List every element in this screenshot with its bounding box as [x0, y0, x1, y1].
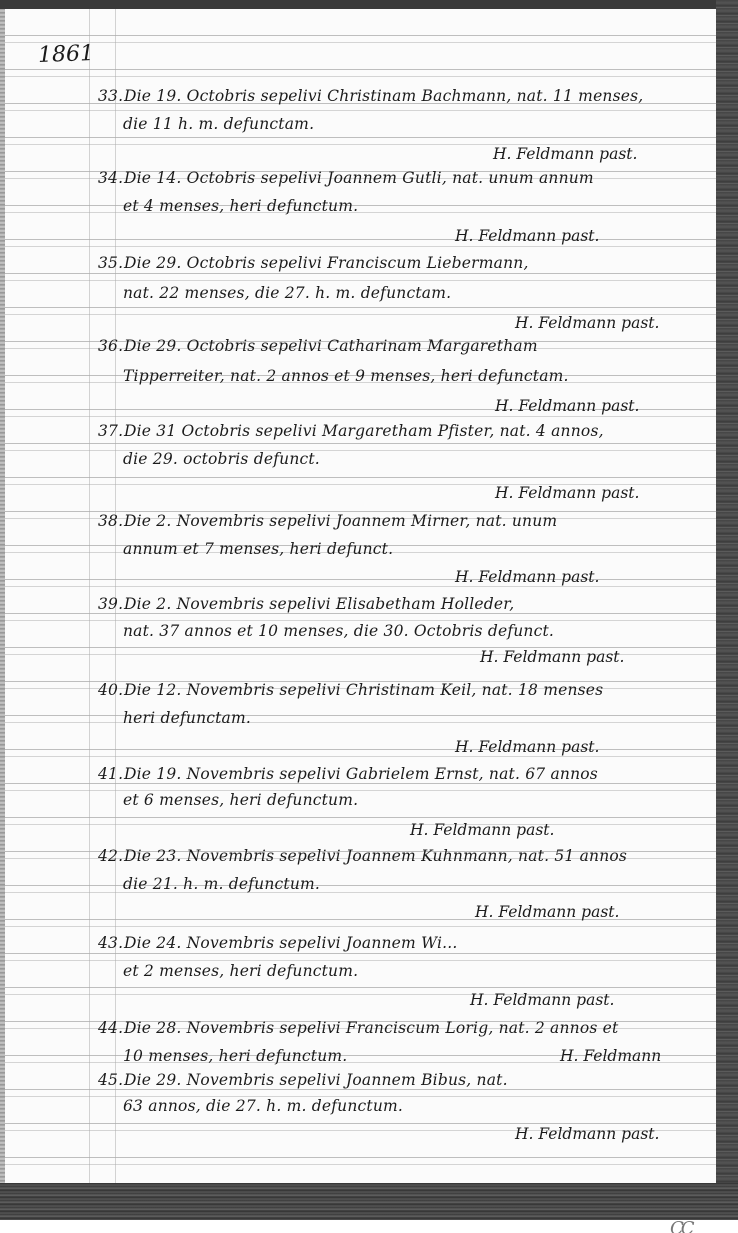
pastor-signature: H. Feldmann past.	[480, 648, 624, 666]
entry-text-continued: 10 menses, heri defunctum.	[123, 1047, 347, 1065]
entry-text-continued: et 4 menses, heri defunctum.	[123, 197, 358, 215]
entry-text-continued: Tipperreiter, nat. 2 annos et 9 menses, …	[123, 367, 569, 385]
entry-text-continued: heri defunctam.	[123, 709, 251, 727]
pastor-signature: H. Feldmann past.	[475, 903, 619, 921]
entry-text: Die 29. Novembris sepelivi Joannem Bibus…	[124, 1071, 508, 1089]
pastor-signature: H. Feldmann past.	[410, 821, 554, 839]
entry-text: Die 19. Octobris sepelivi Christinam Bac…	[124, 87, 643, 105]
entry-number: 41.	[98, 765, 124, 783]
entry-text-continued: nat. 22 menses, die 27. h. m. defunctam.	[123, 284, 451, 302]
corner-mark: ÇÇ	[670, 1218, 692, 1233]
pastor-signature: H. Feldmann past.	[495, 397, 639, 415]
entry-text: Die 24. Novembris sepelivi Joannem Wi...	[124, 934, 457, 952]
entry-number: 39.	[98, 595, 124, 613]
entry-text-continued: annum et 7 menses, heri defunct.	[123, 540, 393, 558]
entry-text: Die 12. Novembris sepelivi Christinam Ke…	[124, 681, 603, 699]
entry-text: Die 29. Octobris sepelivi Franciscum Lie…	[124, 254, 529, 272]
entry-number: 33.	[98, 87, 124, 105]
entry-number: 34.	[98, 169, 124, 187]
entry-text-continued: nat. 37 annos et 10 menses, die 30. Octo…	[123, 622, 554, 640]
entry-text-continued: die 11 h. m. defunctam.	[123, 115, 314, 133]
margin-line	[89, 9, 90, 1183]
entry-text: Die 2. Novembris sepelivi Joannem Mirner…	[124, 512, 557, 530]
entry-number: 36.	[98, 337, 124, 355]
register-page: 1861 33.Die 19. Octobris sepelivi Christ…	[5, 9, 716, 1183]
entry-text: Die 23. Novembris sepelivi Joannem Kuhnm…	[124, 847, 627, 865]
entry-number: 40.	[98, 681, 124, 699]
year-heading: 1861	[38, 41, 95, 68]
entry-number: 38.	[98, 512, 124, 530]
entry-number: 43.	[98, 934, 124, 952]
entry-text-continued: die 21. h. m. defunctum.	[123, 875, 320, 893]
entry-text-continued: 63 annos, die 27. h. m. defunctum.	[123, 1097, 403, 1115]
scan-top-edge	[0, 0, 738, 9]
pastor-signature: H. Feldmann past.	[515, 314, 659, 332]
entry-text-continued: et 6 menses, heri defunctum.	[123, 791, 358, 809]
scan-bottom-band	[0, 1183, 738, 1220]
pastor-signature: H. Feldmann past.	[455, 738, 599, 756]
pastor-signature: H. Feldmann	[560, 1047, 661, 1065]
pastor-signature: H. Feldmann past.	[455, 227, 599, 245]
entry-number: 35.	[98, 254, 124, 272]
entry-text: Die 28. Novembris sepelivi Franciscum Lo…	[124, 1019, 618, 1037]
pastor-signature: H. Feldmann past.	[515, 1125, 659, 1143]
scan-right-edge	[716, 0, 738, 1185]
pastor-signature: H. Feldmann past.	[470, 991, 614, 1009]
entry-text: Die 2. Novembris sepelivi Elisabetham Ho…	[124, 595, 514, 613]
entry-text: Die 14. Octobris sepelivi Joannem Gutli,…	[124, 169, 594, 187]
entry-text-continued: et 2 menses, heri defunctum.	[123, 962, 358, 980]
entry-number: 37.	[98, 422, 124, 440]
entry-text-continued: die 29. octobris defunct.	[123, 450, 320, 468]
entry-text: Die 31 Octobris sepelivi Margaretham Pfi…	[124, 422, 604, 440]
pastor-signature: H. Feldmann past.	[495, 484, 639, 502]
entry-text: Die 29. Octobris sepelivi Catharinam Mar…	[124, 337, 538, 355]
pastor-signature: H. Feldmann past.	[455, 568, 599, 586]
entry-number: 44.	[98, 1019, 124, 1037]
pastor-signature: H. Feldmann past.	[493, 145, 637, 163]
entry-text: Die 19. Novembris sepelivi Gabrielem Ern…	[124, 765, 598, 783]
entry-number: 42.	[98, 847, 124, 865]
entry-number: 45.	[98, 1071, 124, 1089]
